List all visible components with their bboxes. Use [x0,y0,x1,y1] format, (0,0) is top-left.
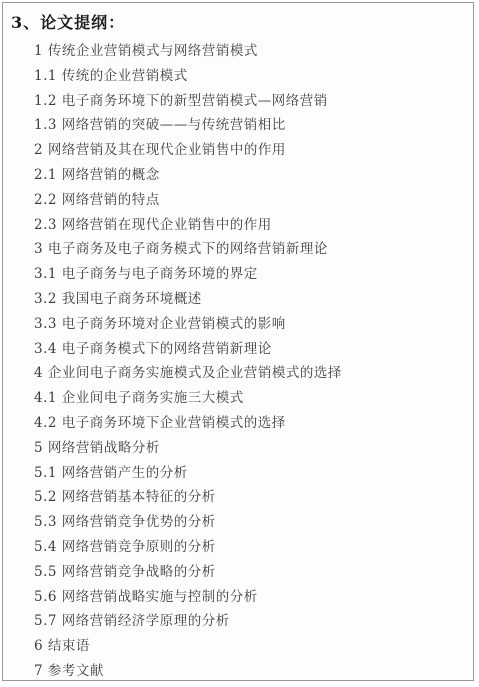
outline-item: 4.1 企业间电子商务实施三大模式 [34,386,467,411]
page-title: 3、论文提纲： [3,3,473,32]
outline-item: 5.7 网络营销经济学原理的分析 [34,609,467,634]
outline-item: 1.3 网络营销的突破——与传统营销相比 [34,113,467,138]
outline-item: 5.1 网络营销产生的分析 [34,461,467,486]
outline-item: 6 结束语 [34,634,467,659]
outline-item: 5.2 网络营销基本特征的分析 [34,485,467,510]
outline-list: 1 传统企业营销模式与网络营销模式 1.1 传统的企业营销模式 1.2 电子商务… [34,39,467,684]
document-screen: 3、论文提纲： 1 传统企业营销模式与网络营销模式 1.1 传统的企业营销模式 … [0,0,479,687]
outline-item: 5.6 网络营销战略实施与控制的分析 [34,585,467,610]
outline-item: 3.3 电子商务环境对企业营销模式的影响 [34,312,467,337]
outline-item: 2.2 网络营销的特点 [34,188,467,213]
outline-item: 2.1 网络营销的概念 [34,163,467,188]
outline-item: 5.3 网络营销竞争优势的分析 [34,510,467,535]
outline-item: 4 企业间电子商务实施模式及企业营销模式的选择 [34,361,467,386]
outline-item: 1 传统企业营销模式与网络营销模式 [34,39,467,64]
outline-item: 3 电子商务及电子商务模式下的网络营销新理论 [34,237,467,262]
outline-item: 5.5 网络营销竞争战略的分析 [34,560,467,585]
outline-item: 5 网络营销战略分析 [34,436,467,461]
outline-item: 4.2 电子商务环境下企业营销模式的选择 [34,411,467,436]
outline-item: 2 网络营销及其在现代企业销售中的作用 [34,138,467,163]
outline-item: 7 参考文献 [34,659,467,684]
outline-item: 3.1 电子商务与电子商务环境的界定 [34,262,467,287]
outline-item: 1.1 传统的企业营销模式 [34,64,467,89]
document-page: 3、论文提纲： 1 传统企业营销模式与网络营销模式 1.1 传统的企业营销模式 … [2,2,474,681]
outline-item: 3.2 我国电子商务环境概述 [34,287,467,312]
outline-item: 2.3 网络营销在现代企业销售中的作用 [34,213,467,238]
outline-item: 3.4 电子商务模式下的网络营销新理论 [34,337,467,362]
outline-item: 1.2 电子商务环境下的新型营销模式—网络营销 [34,89,467,114]
outline-item: 5.4 网络营销竞争原则的分析 [34,535,467,560]
